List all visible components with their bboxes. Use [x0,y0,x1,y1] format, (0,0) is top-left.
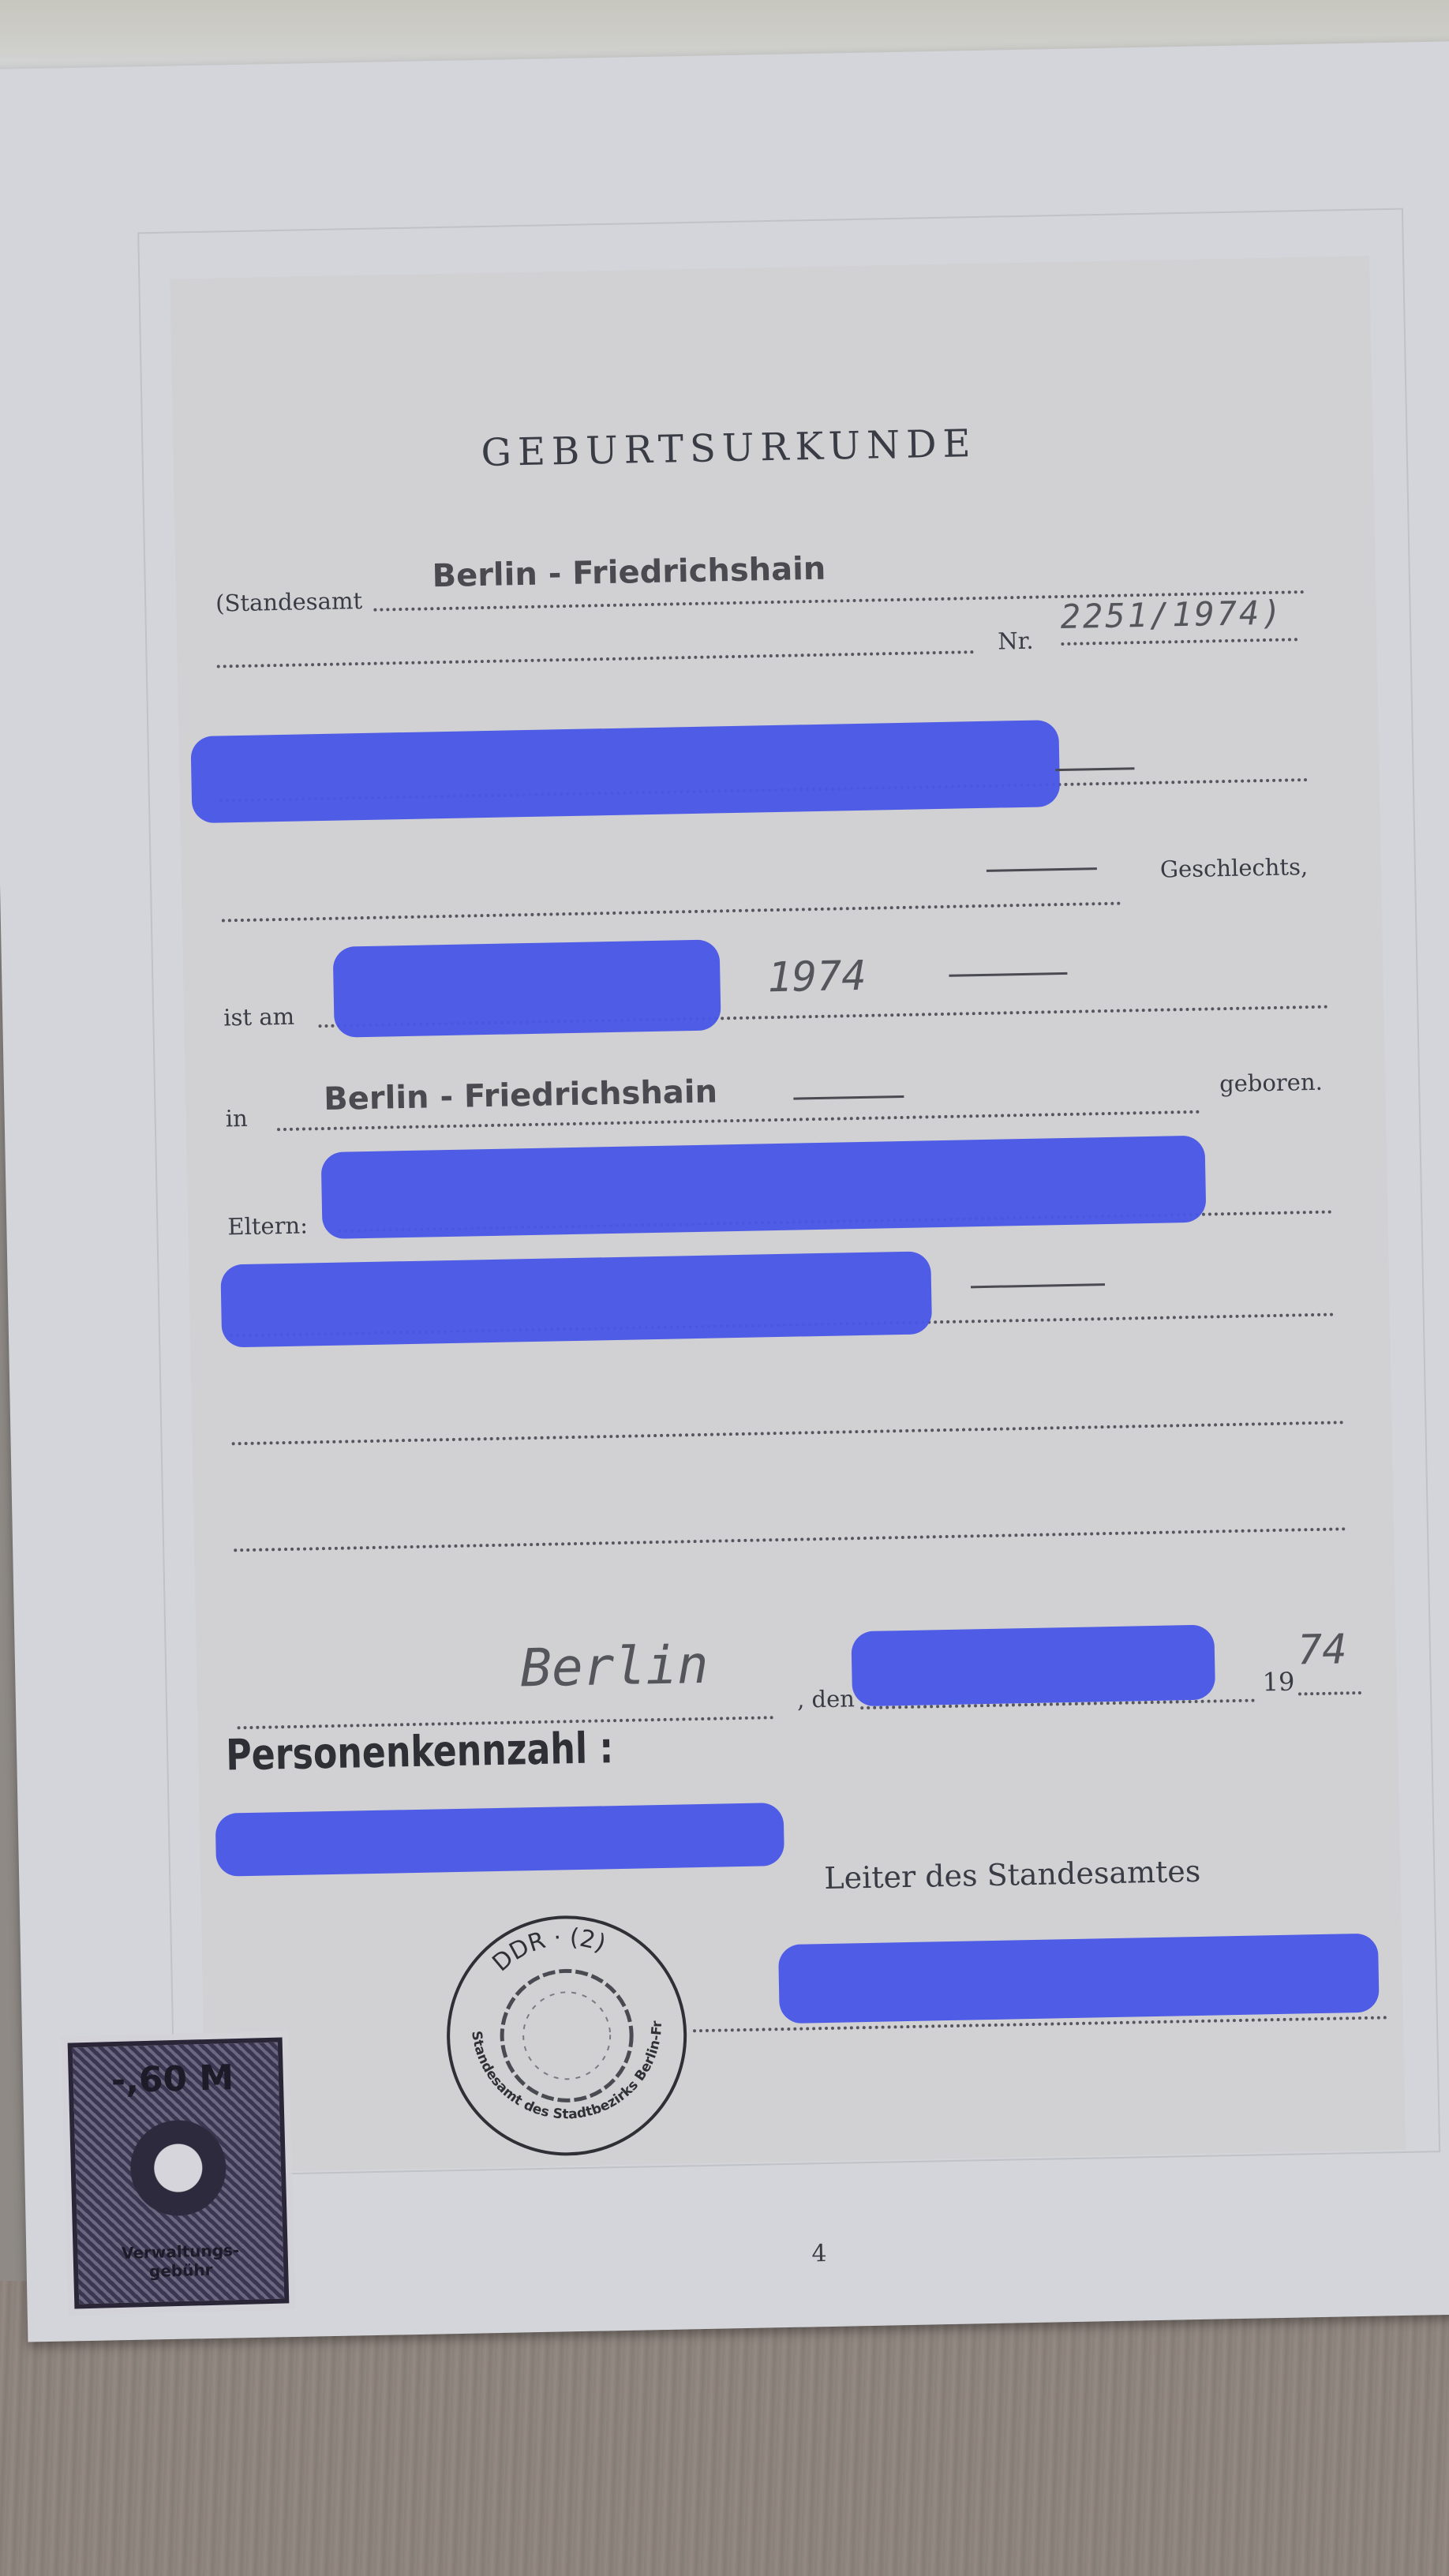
page-number: 4 [811,2240,827,2267]
certificate-sheet: GEBURTSURKUNDE (Standesamt Berlin - Frie… [0,41,1449,2342]
eltern-label: Eltern: [227,1211,308,1240]
revenue-stamp-text: Verwaltungs-gebühr [93,2240,268,2282]
redacted-signature [778,1934,1380,2024]
birthplace-value: Berlin - Friedrichshain [324,1073,718,1118]
nr-label: Nr. [998,627,1034,655]
redacted-father [321,1136,1207,1239]
standesamt-label: (Standesamt [215,587,362,617]
redacted-mother [220,1251,932,1347]
geboren-label: geboren. [1219,1069,1323,1098]
official-seal: DDR · (2) Standesamt des Stadtbezirks Be… [438,1903,695,2168]
ist-am-label: ist am [223,1003,294,1032]
year-prefix: 19 [1262,1667,1294,1698]
redacted-name [190,720,1060,823]
nr-value: 2251/1974) [1060,593,1284,636]
standesamt-value: Berlin - Friedrichshain [432,551,826,595]
svg-text:DDR · (2): DDR · (2) [487,1923,610,1977]
place-signed: Berlin [519,1634,709,1699]
in-label: in [225,1105,248,1133]
birth-year: 1974 [767,953,867,1002]
redacted-personenkennzahl [215,1803,784,1877]
personenkennzahl-label: Personenkennzahl : [226,1723,614,1780]
revenue-stamp: -,60 M Verwaltungs-gebühr [68,2037,290,2308]
year-suffix: 74 [1297,1626,1347,1674]
redacted-birth-date [333,939,721,1037]
den-label: , den [797,1685,855,1713]
leiter-label: Leiter des Standesamtes [824,1854,1201,1896]
geschlechts-label: Geschlechts, [1160,853,1309,883]
redacted-issue-date [851,1624,1215,1706]
seal-icon: DDR · (2) Standesamt des Stadtbezirks Be… [438,1903,695,2168]
revenue-stamp-value: -,60 M [110,2057,234,2101]
